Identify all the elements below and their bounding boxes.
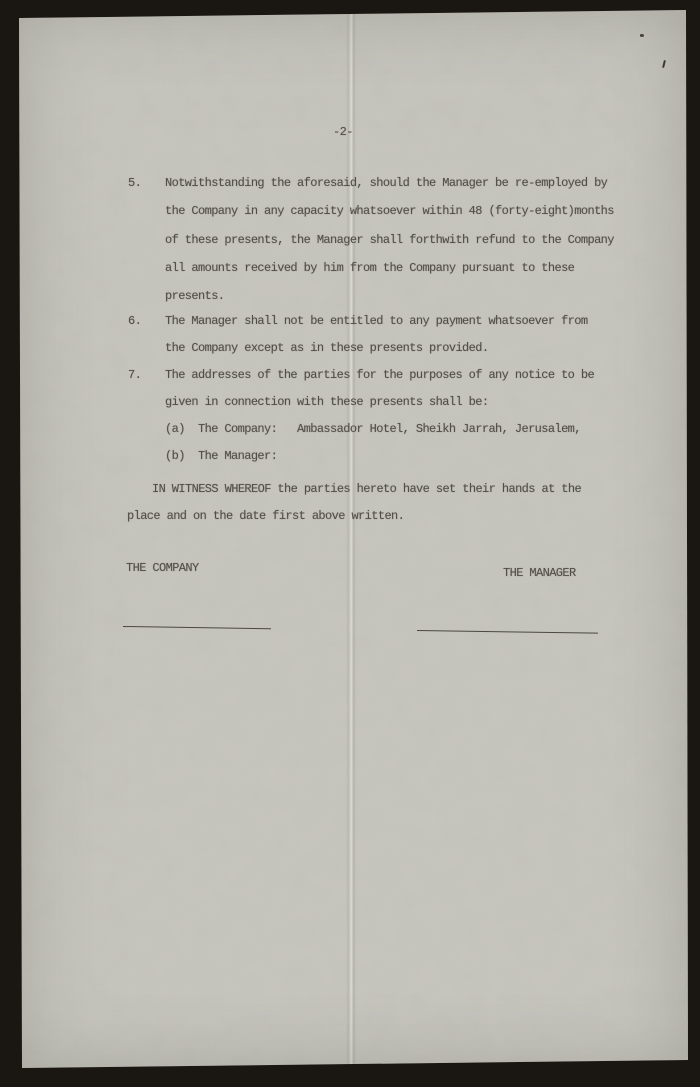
paper-texture <box>19 10 688 1068</box>
pen-mark-icon <box>662 60 666 68</box>
witness-clause-line: IN WITNESS WHEREOF the parties hereto ha… <box>152 482 581 496</box>
scanned-document: -2- 5. Notwithstanding the aforesaid, sh… <box>0 0 700 1087</box>
clause-6-number: 6. <box>128 314 141 328</box>
clause-5-line: all amounts received by him from the Com… <box>165 261 574 275</box>
page-number: -2- <box>333 125 353 139</box>
clause-7-subitem-a: (a) The Company: Ambassador Hotel, Sheik… <box>165 422 581 436</box>
clause-7-number: 7. <box>128 368 141 382</box>
signature-line-manager <box>417 628 598 634</box>
signature-line-company <box>123 624 271 629</box>
witness-clause-line: place and on the date first above writte… <box>127 509 404 523</box>
clause-7-subitem-b: (b) The Manager: <box>165 449 277 463</box>
clause-5-line: presents. <box>165 289 224 303</box>
clause-7-line: given in connection with these presents … <box>165 395 488 409</box>
clause-5-line: of these presents, the Manager shall for… <box>165 233 614 247</box>
paper-sheet: -2- 5. Notwithstanding the aforesaid, sh… <box>19 10 688 1068</box>
clause-5-line: Notwithstanding the aforesaid, should th… <box>165 176 607 190</box>
scan-vignette <box>19 10 688 1068</box>
signature-label-company: THE COMPANY <box>126 561 199 575</box>
clause-5-number: 5. <box>128 176 141 190</box>
clause-5-line: the Company in any capacity whatsoever w… <box>165 204 614 218</box>
signature-label-manager: THE MANAGER <box>503 566 576 580</box>
vertical-fold-crease <box>346 10 356 1068</box>
clause-6-line: the Company except as in these presents … <box>165 341 488 355</box>
clause-6-line: The Manager shall not be entitled to any… <box>165 314 587 328</box>
paper-speck-icon <box>640 34 644 37</box>
clause-7-line: The addresses of the parties for the pur… <box>165 368 594 382</box>
